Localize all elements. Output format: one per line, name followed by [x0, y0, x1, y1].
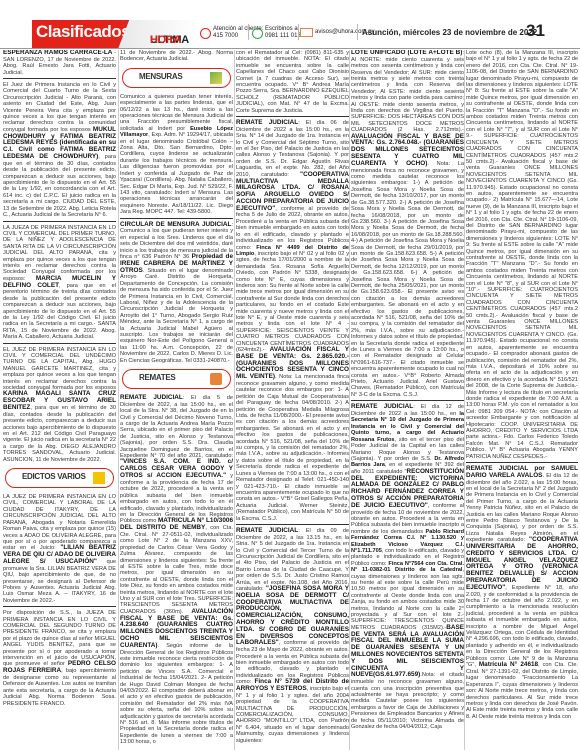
column-divider: [349, 50, 350, 750]
phone-number: 415 7000: [213, 33, 238, 39]
column-divider: [234, 50, 235, 750]
whatsapp-contact: Escribinos al0981 111 013: [252, 26, 301, 40]
notice: REMATE JUDICIAL por SAMUEL DARIO VARELA …: [466, 466, 578, 720]
notice: REMATE JUDICIAL: El día 09 de Diciembre …: [236, 528, 349, 744]
notice-divider: [351, 400, 464, 401]
section-header-edictos-varios: EDICTOS VARIOS: [5, 468, 114, 488]
publication-date: Asunción, miércoles 23 de noviembre de 2…: [362, 28, 537, 37]
section-header-mensuras: MENSURAS: [122, 68, 231, 88]
whatsapp-label: Escribinos al: [265, 26, 299, 32]
section-label: REMATES: [139, 375, 175, 381]
notice: EL JUEZ DE PRIMERA INSTANCIA EN LO CIVIL…: [3, 347, 116, 463]
notice: ESPERANZA RAMOS CARRACE-LA - SAN LORENZO…: [3, 50, 116, 76]
gavel-icon: [210, 373, 222, 385]
notice-divider: [3, 606, 116, 607]
section-title: Clasificados: [36, 22, 130, 42]
notice: REMATE JUDICIAL: El día 06 de Diciembre …: [236, 120, 349, 522]
notice-divider: [120, 218, 233, 219]
notice-divider: [3, 343, 116, 344]
page-number: 31: [526, 21, 545, 41]
header-rule: [0, 48, 580, 49]
notice: LA JUEZ DE PRIMERA INSTANCIA EN LO CIVIL…: [3, 494, 116, 604]
divider: [357, 24, 358, 40]
column-3: con el Rematador al Cel: (0981) 811-635 …: [236, 50, 349, 750]
notice-divider: [3, 78, 116, 79]
notice-divider: [3, 221, 116, 222]
notice-divider: [236, 116, 349, 117]
notice: LOTE UNIFICADO (LOTE A+LOTE B): Al NORTE…: [351, 50, 464, 398]
column-divider: [464, 50, 465, 750]
notice: Lote ocho (8), de la Manzana III, inscri…: [466, 50, 578, 460]
whatsapp-icon: [252, 28, 263, 39]
divider: [298, 24, 299, 40]
notice: REMATE JUDICIAL: El día 5 de Diciembre d…: [120, 395, 233, 746]
publication-logo: ULTIMAHORA: [118, 20, 198, 49]
notice: CIRCULAR DE MENSURA JUDICIAL: Comunico a…: [120, 222, 233, 365]
column-2: 11 de Noviembre de 2022.- Abog. Norma Bo…: [120, 50, 233, 750]
whatsapp-number: 0981 111 013: [265, 33, 301, 39]
section-label: EDICTOS VARIOS: [22, 474, 86, 480]
column-6: Lote ocho (8), de la Manzana III, inscri…: [466, 50, 578, 750]
notice-divider: [236, 524, 349, 525]
divider: [248, 24, 249, 40]
section-header-remates: REMATES: [122, 369, 231, 389]
column-1: ESPERANZA RAMOS CARRACE-LA - SAN LORENZO…: [3, 50, 116, 750]
phone-icon: [200, 28, 211, 39]
notice: con el Rematador al Cel: (0981) 811-635 …: [236, 50, 349, 114]
notice: Por disposición de S.S., la JUEZA DE PRI…: [3, 610, 116, 707]
column-divider: [118, 50, 119, 750]
map-icon: [210, 72, 222, 84]
clasificados-banner: Clasificados: [32, 20, 132, 49]
document-icon: [93, 472, 105, 484]
logo-hora: HORA: [150, 34, 181, 46]
column-4: LOTE UNIFICADO (LOTE A+LOTE B): Al NORTE…: [351, 50, 464, 750]
envelope-icon: [300, 28, 313, 37]
notice: Comunico a quienes puedan tener interés,…: [120, 94, 233, 216]
notice-divider: [466, 462, 578, 463]
section-label: MENSURAS: [139, 74, 182, 80]
notice: El Juez de Primera Instancia en lo Civil…: [3, 82, 116, 218]
notice: REMATE JUDICIAL: El día 12 de Diciembre …: [351, 404, 464, 730]
notice: 11 de Noviembre de 2022.- Abog. Norma Bo…: [120, 50, 233, 63]
page-header: Clasificados ULTIMAHORA Atención al clie…: [0, 0, 580, 42]
notice: LA JUEZA DE PRIMERA INSTANCIA EN LO CIVI…: [3, 225, 116, 341]
